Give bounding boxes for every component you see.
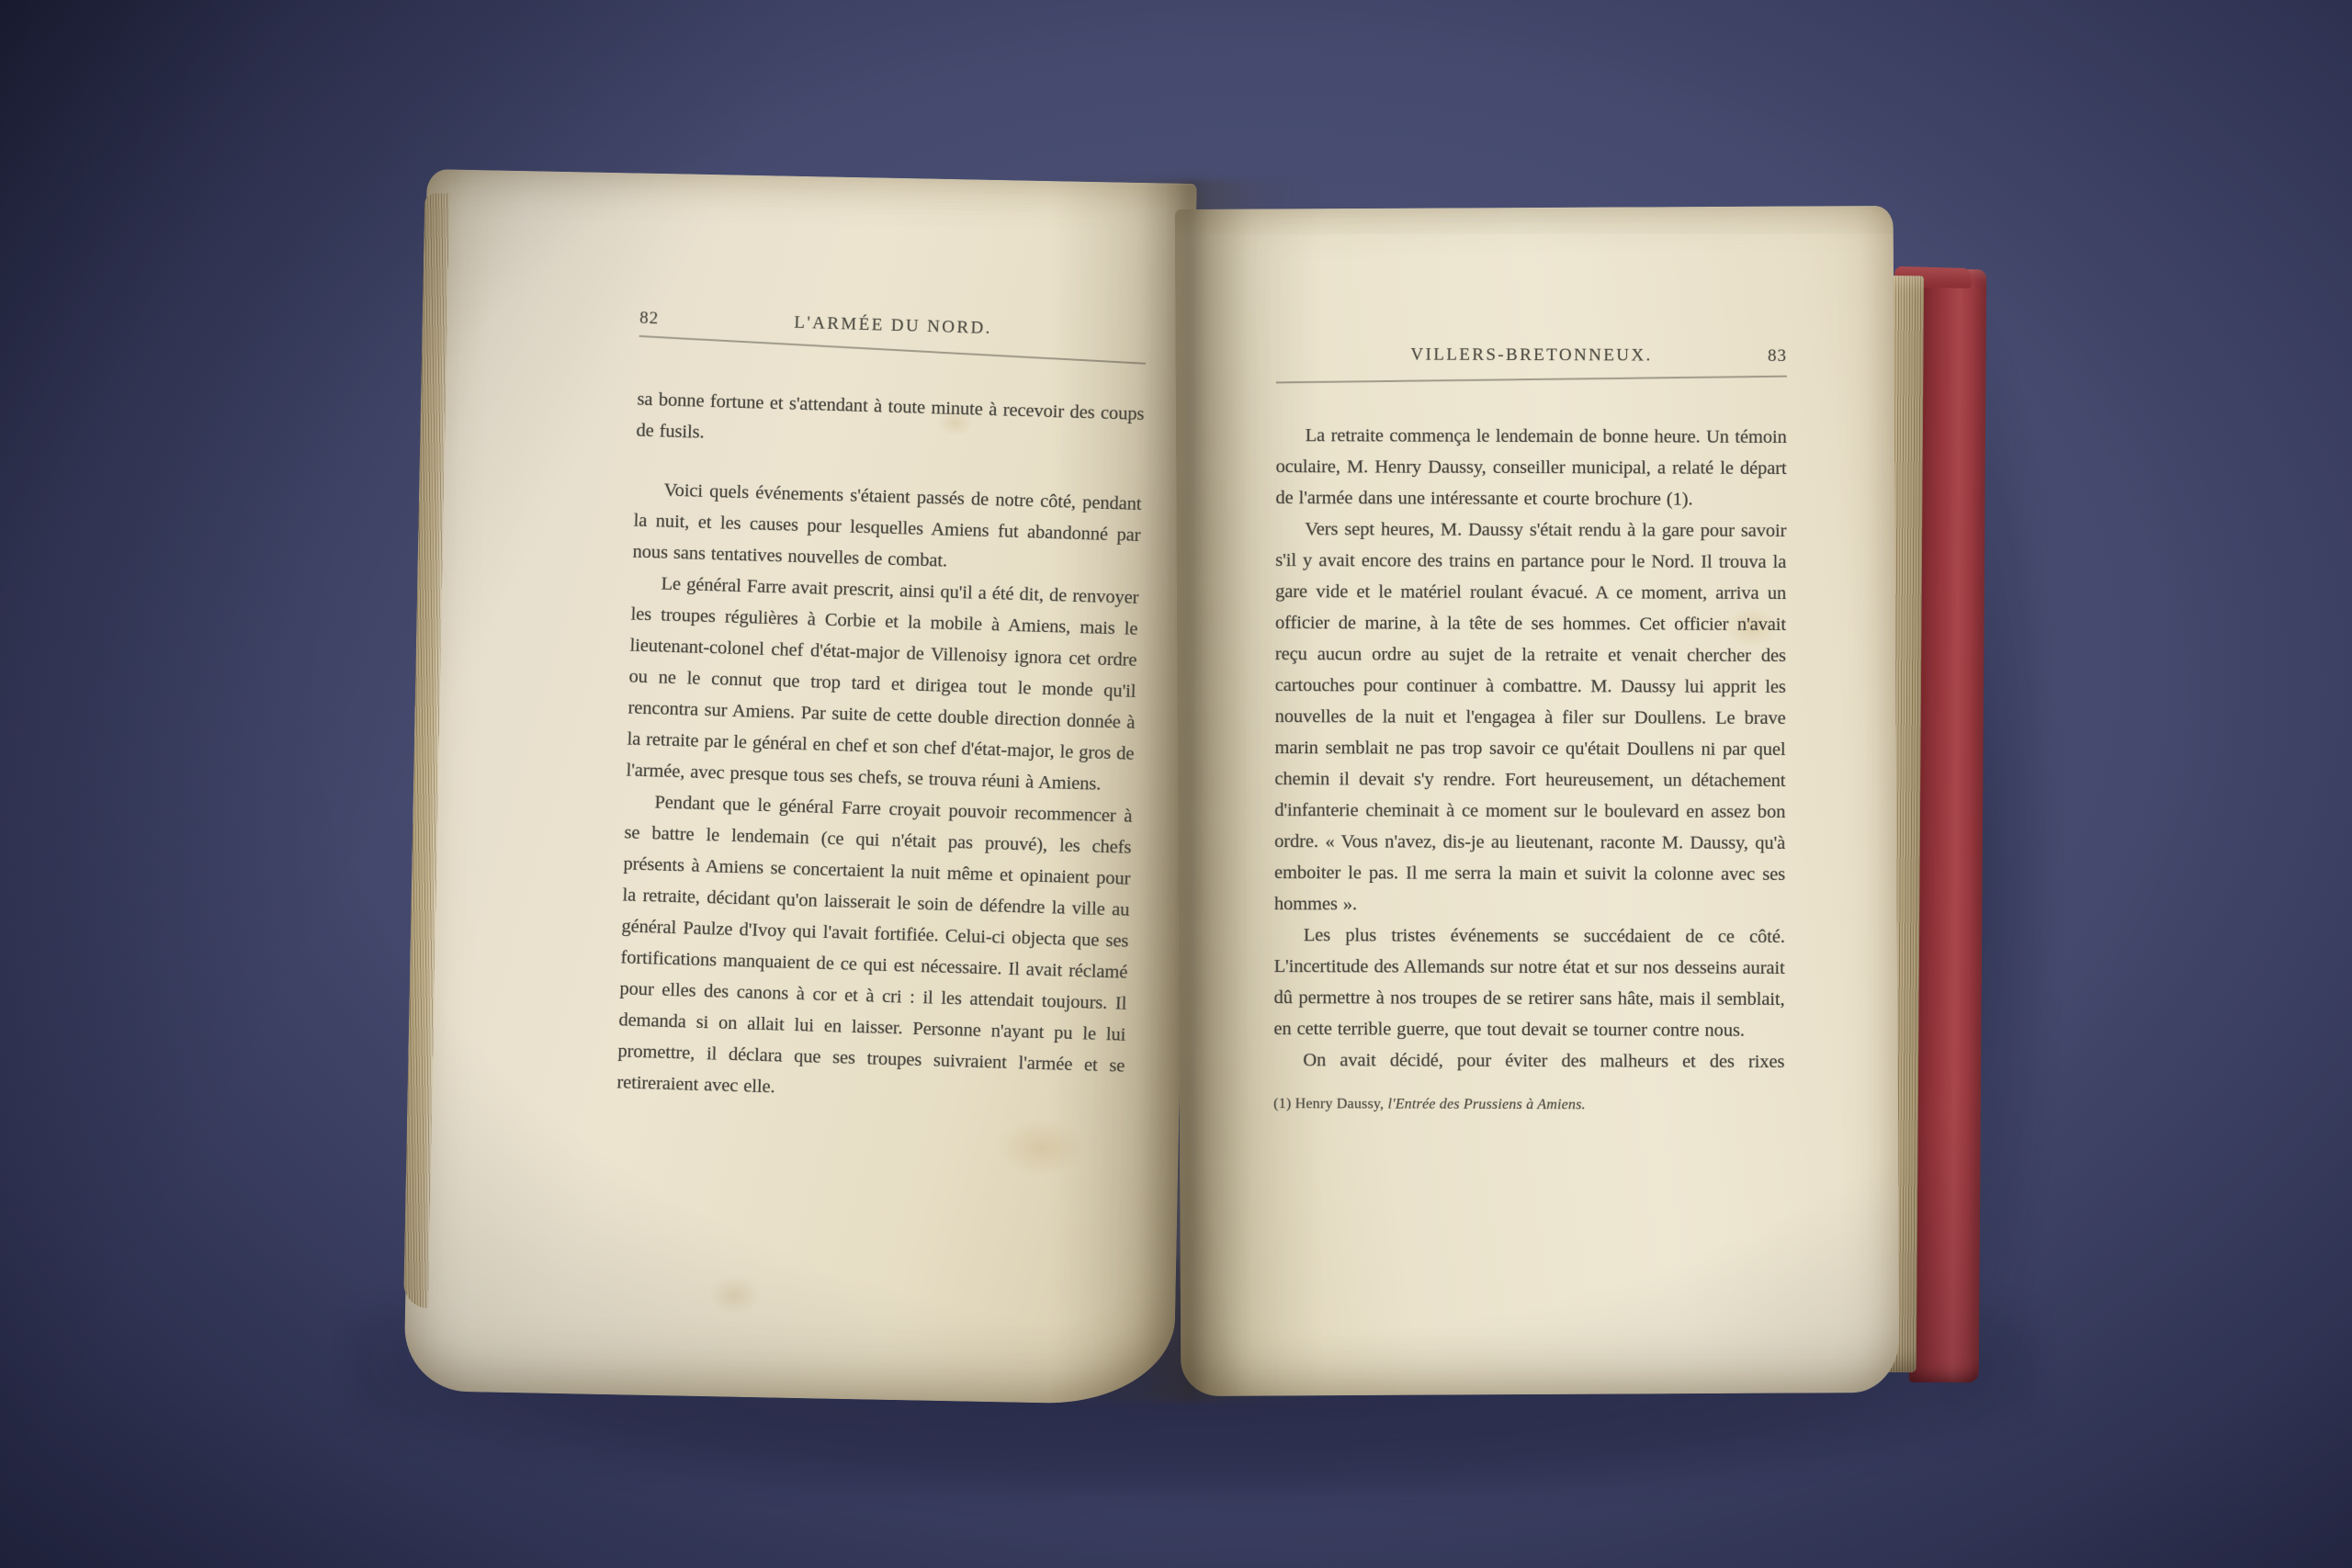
paragraph: Pendant que le général Farre croyait pou…: [616, 785, 1133, 1112]
running-header-right: VILLERS-BRETONNEUX. 83: [1276, 344, 1787, 367]
paragraph: On avait décidé, pour éviter des malheur…: [1273, 1044, 1784, 1077]
paragraph: La retraite commença le lendemain de bon…: [1275, 420, 1786, 515]
page-number-right: 83: [1723, 346, 1787, 367]
header-rule-right: [1276, 376, 1787, 384]
left-page: 82 L'ARMÉE DU NORD. sa bonne fortune et …: [403, 169, 1196, 1405]
paragraph: Le général Farre avait prescrit, ainsi q…: [626, 568, 1139, 801]
footnote-work-title: l'Entrée des Prussiens à Amiens.: [1387, 1096, 1585, 1112]
left-page-text-block: sa bonne fortune et s'attendant à toute …: [616, 384, 1145, 1113]
right-page: VILLERS-BRETONNEUX. 83 La retraite comme…: [1175, 206, 1900, 1396]
paragraph: Les plus tristes événements se succédaie…: [1273, 919, 1784, 1046]
foxing-stain: [708, 1275, 761, 1314]
page-number-left: 82: [639, 309, 705, 331]
paragraph: Vers sept heures, M. Daussy s'était rend…: [1274, 513, 1787, 921]
running-header-title-right: VILLERS-BRETONNEUX.: [1340, 344, 1723, 366]
footnote-reference: (1) Henry Daussy,: [1273, 1096, 1387, 1111]
running-header-left: 82 L'ARMÉE DU NORD.: [639, 309, 1147, 344]
paragraph: Voici quels événements s'étaient passés …: [632, 474, 1142, 582]
foxing-stain: [996, 1117, 1085, 1178]
running-header-title-left: L'ARMÉE DU NORD.: [704, 310, 1082, 342]
right-page-text-block: La retraite commença le lendemain de bon…: [1273, 420, 1786, 1077]
photo-background: 82 L'ARMÉE DU NORD. sa bonne fortune et …: [0, 0, 2352, 1568]
footnote: (1) Henry Daussy, l'Entrée des Prussiens…: [1273, 1094, 1784, 1116]
paragraph: sa bonne fortune et s'attendant à toute …: [636, 384, 1145, 461]
